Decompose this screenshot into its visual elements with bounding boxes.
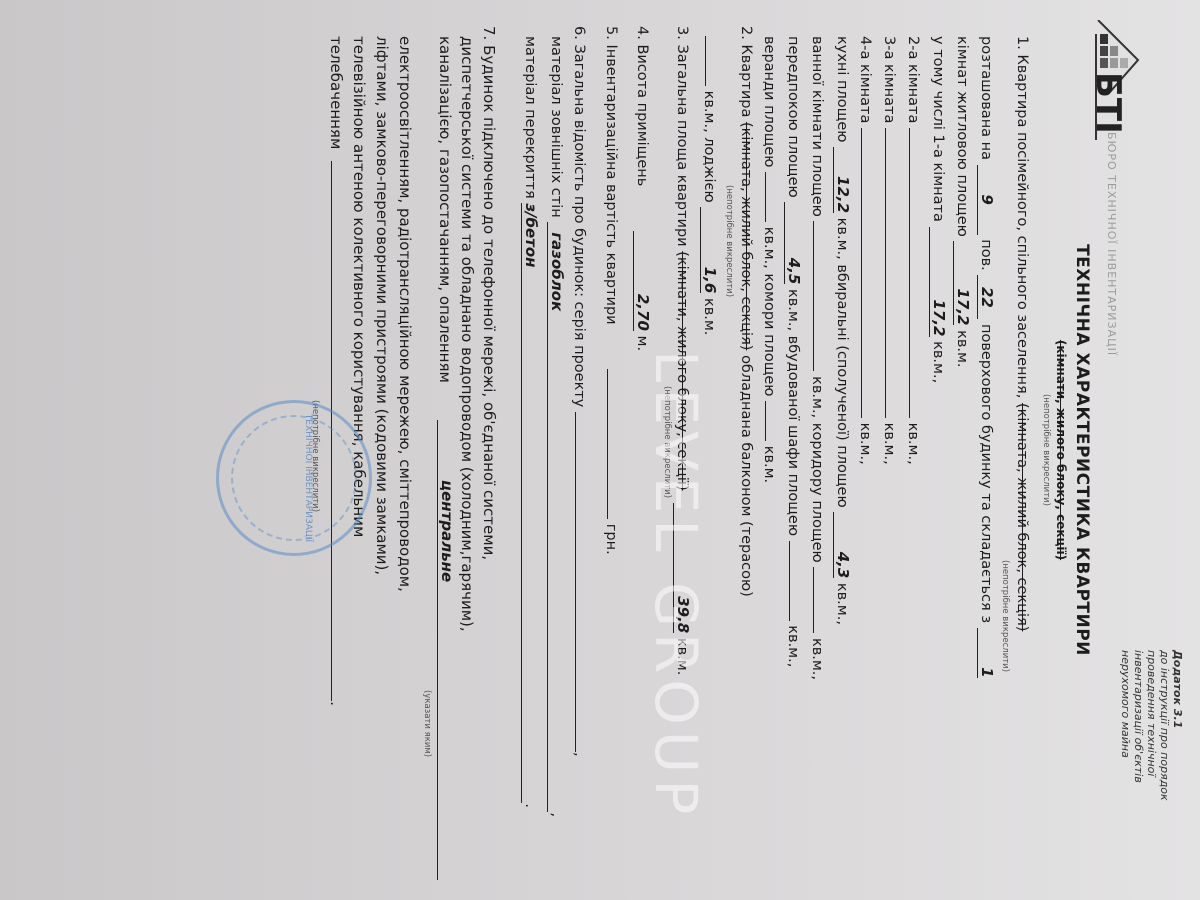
balcony-row: кв.м., лоджією 1,6 кв.м.: [700, 36, 720, 335]
walls-row: матеріал зовнішніх стін газоблок,: [547, 36, 566, 817]
section-6-row: 6. Загальна відомість про будинок: серія…: [571, 26, 590, 757]
living-area-value: 17,2: [953, 241, 972, 325]
appendix-line: проведення технічної: [1145, 650, 1158, 801]
rooms-count-value: 1: [977, 628, 996, 678]
document-title: ТЕХНІЧНА ХАРАКТЕРИСТИКА КВАРТИРИ: [1072, 0, 1092, 900]
document-page: БТІ БЮРО ТЕХНІЧНОЇ ІНВЕНТАРИЗАЦІЇ Додато…: [0, 0, 1200, 900]
wardrobe-value: [789, 541, 804, 621]
floor-value: 9: [977, 165, 996, 235]
ceiling-value: з/бетон: [521, 203, 540, 803]
inventory-value: [607, 369, 622, 519]
section-2-lead: 2. Квартира (кімната, жилий блок, секція…: [738, 26, 754, 597]
veranda-value: [765, 172, 780, 222]
floor-row: розташована на 9 пов. 22 поверхового буд…: [977, 36, 996, 678]
room-row: 2-а кімната кв.м.,: [905, 36, 924, 465]
bathroom-value: [813, 221, 828, 371]
room-row: 3-а кімната кв.м.,: [881, 36, 900, 465]
walls-value: газоблок: [547, 222, 566, 812]
appendix-line: інвентаризації об'єктів: [1132, 650, 1145, 801]
living-area-row: кімнат житловою площею 17,2 кв.м.: [953, 36, 972, 368]
room-row: 4-а кімната кв.м.,: [857, 36, 876, 465]
section-4-row: 4. Висота приміщень 2,70 м.: [633, 26, 652, 351]
heating-field: центральне: [437, 420, 456, 880]
kitchen-value: 12,2: [833, 147, 852, 213]
section-5-row: 5. Інвентаризаційна вартість квартири гр…: [603, 26, 622, 555]
hallway-value: 4,5: [784, 202, 803, 284]
height-value: 2,70: [633, 231, 652, 331]
heating-value: центральне: [438, 480, 456, 582]
appendix-line: нерухомого майна: [1119, 650, 1132, 801]
appendix-title: Додаток 3.1: [1171, 650, 1184, 801]
series-value: [575, 412, 590, 752]
toilet-value: 4,3: [833, 512, 852, 578]
official-stamp: ТЕХНІЧНОЇ ІНВЕНТАРИЗАЦІЇ: [216, 400, 372, 556]
bathroom-row: ванної кімнати площею кв.м., коридору пл…: [809, 36, 828, 680]
appendix-note: Додаток 3.1 до інструкції про порядок пр…: [1119, 650, 1184, 801]
logo-subtitle: БЮРО ТЕХНІЧНОЇ ІНВЕНТАРИЗАЦІЇ: [1105, 132, 1118, 356]
loggia-value: 1,6: [700, 207, 719, 293]
watermark: LEVEL GROUP: [642, 350, 710, 820]
room-2-value: [909, 128, 924, 418]
corridor-value: [813, 567, 828, 633]
section-1-note: (непотрібне викреслити): [1000, 560, 1010, 672]
subtitle-note: (непотрібне викреслити): [1041, 0, 1051, 900]
heating-note: (указати яким): [422, 690, 432, 757]
room-3-value: [885, 128, 900, 418]
kitchen-row: кухні площею 12,2 кв.м., вбиральні (спол…: [833, 36, 852, 625]
balcony-value: [705, 36, 720, 86]
room-1-value: 17,2: [929, 227, 948, 337]
veranda-row: веранди площею кв.м., комори площею кв.м…: [761, 36, 780, 483]
room-row: у тому числі 1-а кімната 17,2 кв.м.,: [929, 36, 948, 383]
room-4-value: [861, 128, 876, 418]
section-7-text-2: електроосвітленням, радіотрансляційною м…: [324, 36, 416, 706]
section-1-lead: 1. Квартира посімейного, спільного засел…: [1014, 36, 1030, 631]
document-subtitle: (кімнати, жилого блоку, секції): [1054, 0, 1068, 900]
appendix-line: до інструкції про порядок: [1158, 650, 1171, 801]
ceiling-row: матеріал перекриття з/бетон.: [521, 36, 540, 808]
hallway-row: передпокою площею 4,5 кв.м., вбудованої …: [784, 36, 804, 667]
floors-total-value: 22: [977, 275, 996, 319]
storage-value: [765, 401, 780, 441]
section-2-note: (непотрібне викреслити): [724, 185, 734, 297]
logo-text: БТІ: [1088, 72, 1128, 134]
